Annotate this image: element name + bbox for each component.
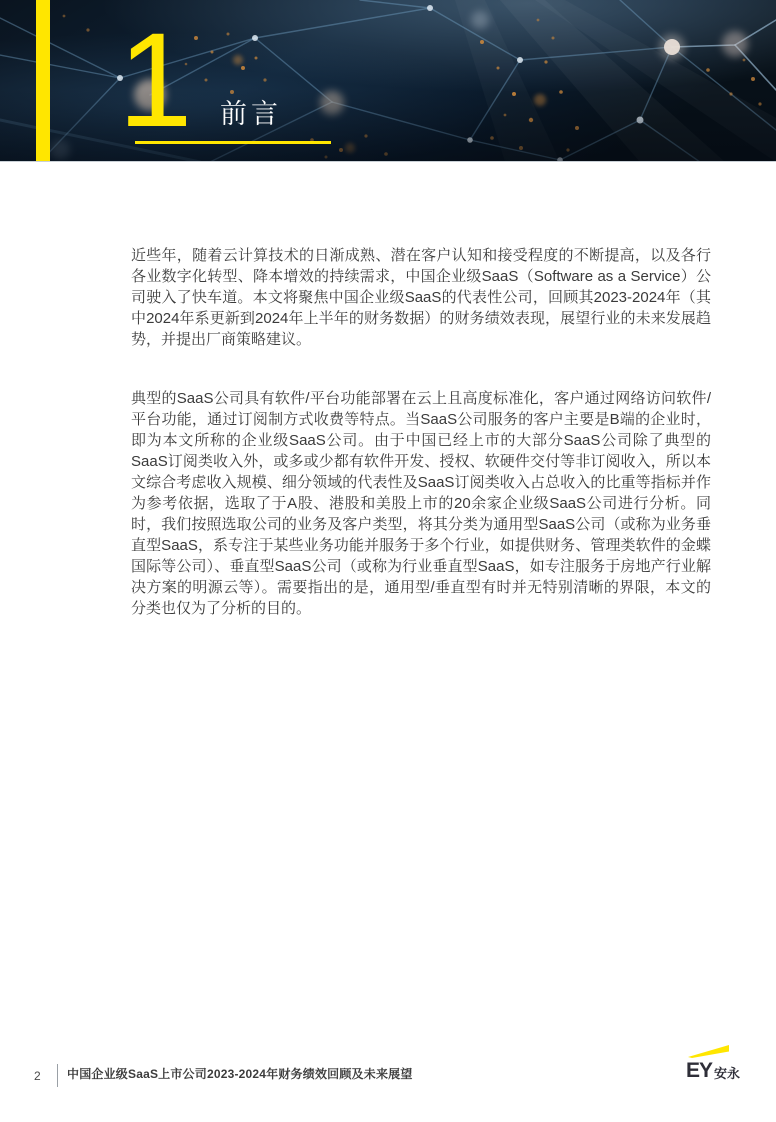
hero-banner: 1 前言: [0, 0, 776, 162]
title-underline: [135, 141, 331, 144]
body-content: 近些年，随着云计算技术的日渐成熟、潜在客户认知和接受程度的不断提高，以及各行各业…: [131, 245, 711, 619]
ey-beam-icon: [688, 1045, 730, 1059]
section-number: 1: [118, 14, 191, 148]
network-background-image: [0, 0, 776, 162]
paragraph-saas-definition: 典型的SaaS公司具有软件/平台功能部署在云上且高度标准化，客户通过网络访问软件…: [131, 388, 711, 619]
ey-logo-cjk: 安永: [714, 1067, 740, 1080]
document-page: 1 前言 近些年，随着云计算技术的日渐成熟、潜在客户认知和接受程度的不断提高，以…: [0, 0, 776, 1122]
ey-logo: EY 安永: [686, 1043, 746, 1085]
ey-logo-latin: EY: [686, 1060, 712, 1081]
accent-bar: [36, 0, 50, 162]
paragraph-market-intro: 近些年，随着云计算技术的日渐成熟、潜在客户认知和接受程度的不断提高，以及各行各业…: [131, 245, 711, 350]
footer-report-title: 中国企业级SaaS上市公司2023-2024年财务绩效回顾及未来展望: [67, 1067, 413, 1082]
section-title: 前言: [220, 100, 282, 130]
ey-wordmark: EY 安永: [686, 1060, 740, 1081]
footer-divider: [57, 1064, 58, 1087]
page-number: 2: [34, 1069, 41, 1084]
